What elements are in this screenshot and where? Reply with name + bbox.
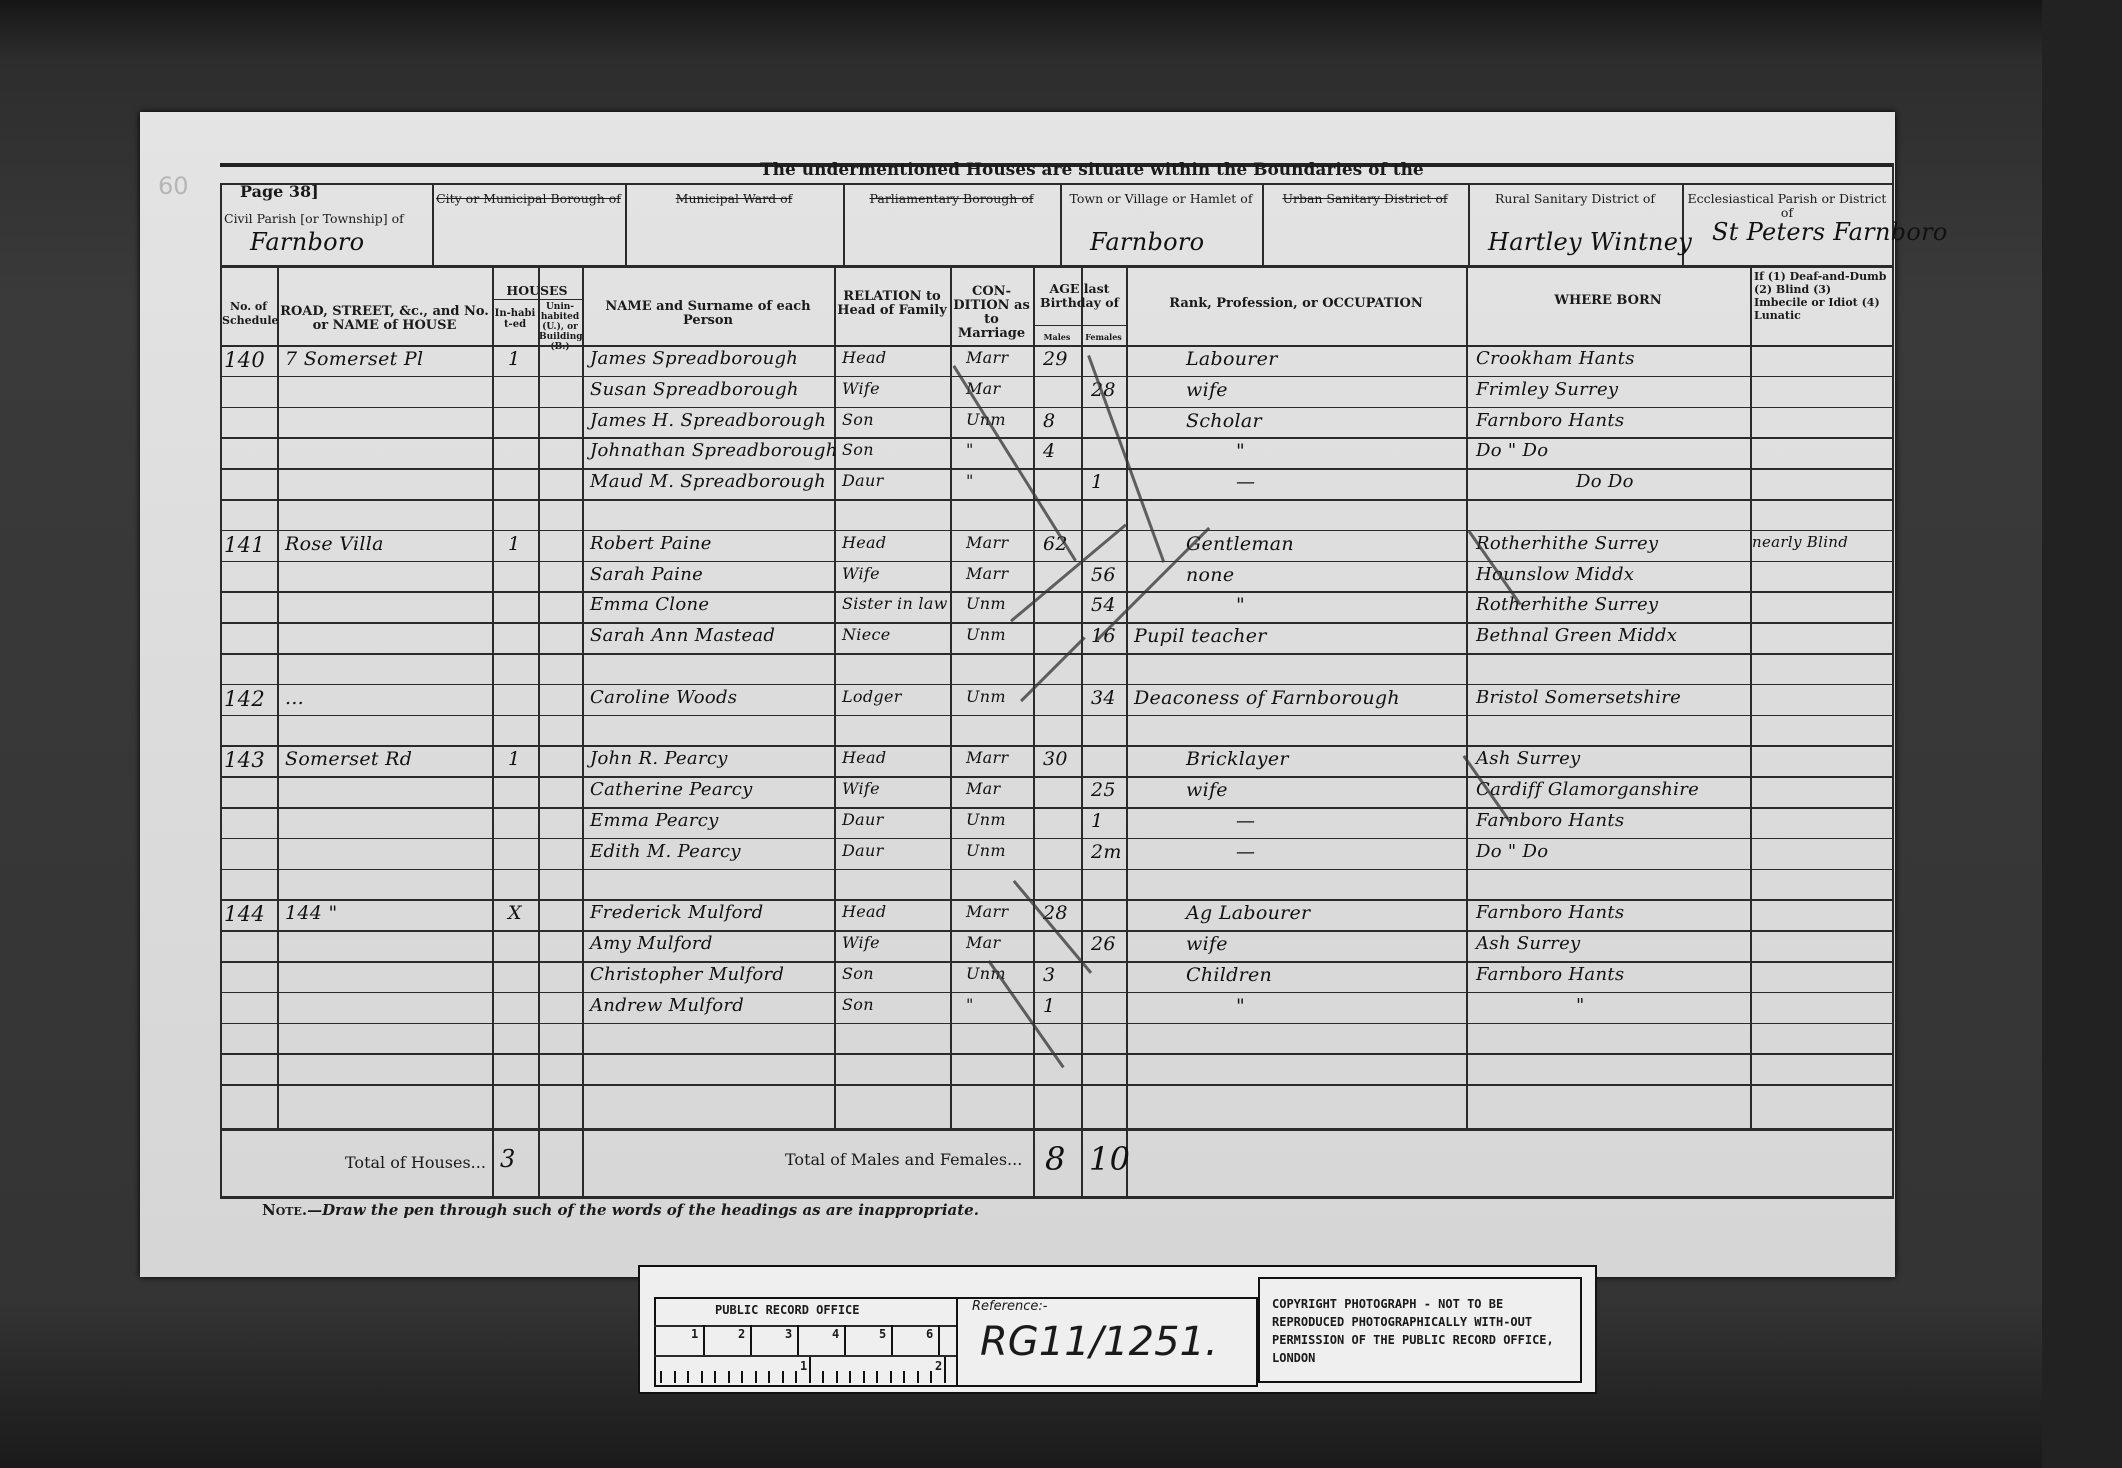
column-header-road: ROAD, STREET, &c., and No. or NAME of HO… xyxy=(279,305,490,333)
cell-occupation: none xyxy=(1186,564,1234,586)
cell-relation: Son xyxy=(842,440,874,459)
cell-condition: Mar xyxy=(966,933,1000,952)
cell-where-born: Do Do xyxy=(1576,471,1634,492)
boundary-label-5: Town or Village or Hamlet of xyxy=(1064,192,1258,206)
cell-occupation: " xyxy=(1236,440,1245,462)
ruler-tick xyxy=(891,1325,893,1355)
cell-where-born: Farnboro Hants xyxy=(1476,810,1624,831)
rule-line xyxy=(220,653,1892,655)
cell-relation: Wife xyxy=(842,564,880,583)
column-header-rel: RELATION to Head of Family xyxy=(836,290,948,318)
boundary-label-3: Municipal Ward of xyxy=(629,192,839,206)
rule-line xyxy=(1468,185,1470,265)
rule-line xyxy=(220,468,1892,470)
ruler-tick xyxy=(822,1371,824,1383)
cell-female-age: 56 xyxy=(1091,564,1116,586)
ruler-divider xyxy=(654,1325,956,1327)
ruler-tick xyxy=(660,1371,662,1383)
cell-where-born: Ash Surrey xyxy=(1476,933,1581,954)
boundary-value-7: Hartley Wintney xyxy=(1488,228,1692,256)
cell-male-age: 3 xyxy=(1043,964,1055,986)
boundary-value-8: St Peters Farnboro xyxy=(1712,218,1948,246)
cell-where-born: Rotherhithe Surrey xyxy=(1476,533,1658,554)
film-edge xyxy=(2042,0,2122,1468)
cell-infirmity: nearly Blind xyxy=(1752,533,1848,551)
cell-name: John R. Pearcy xyxy=(590,748,728,769)
boundary-label-8: Ecclesiastical Parish or District of xyxy=(1686,192,1888,220)
cell-name: Caroline Woods xyxy=(590,687,737,708)
ruler-tick xyxy=(795,1371,797,1383)
ruler-number: 6 xyxy=(926,1327,933,1341)
rule-line xyxy=(220,684,1892,686)
column-header-occ: Rank, Profession, or OCCUPATION xyxy=(1128,297,1464,311)
cell-female-age: 16 xyxy=(1091,625,1116,647)
rule-line xyxy=(220,265,1892,268)
cell-occupation: Pupil teacher xyxy=(1134,625,1267,647)
cell-occupation: " xyxy=(1236,995,1245,1017)
cell-female-age: 34 xyxy=(1091,687,1116,709)
rule-line xyxy=(220,376,1892,378)
cell-name: Johnathan Spreadborough xyxy=(590,440,838,461)
rule-line xyxy=(1033,1130,1035,1198)
rule-line xyxy=(220,807,1892,809)
rule-line xyxy=(950,267,952,1130)
rule-line xyxy=(220,183,1892,185)
cell-occupation: wife xyxy=(1186,379,1228,401)
ruler-tick xyxy=(768,1371,770,1383)
cell-condition: Marr xyxy=(966,748,1008,767)
cell-where-born: Ash Surrey xyxy=(1476,748,1581,769)
ruler-tick xyxy=(809,1357,811,1383)
rule-line xyxy=(582,267,584,1130)
rule-line xyxy=(492,267,494,1130)
cell-where-born: Rotherhithe Surrey xyxy=(1476,594,1658,615)
ruler-tick xyxy=(903,1371,905,1383)
cell-relation: Head xyxy=(842,902,886,921)
ruler-tick xyxy=(938,1325,940,1355)
ruler-tick xyxy=(741,1371,743,1383)
ruler-tick xyxy=(863,1371,865,1383)
rule-line xyxy=(220,1084,1892,1086)
cell-occupation: Labourer xyxy=(1186,348,1278,370)
column-header-females: Females xyxy=(1081,330,1126,344)
cell-where-born: " xyxy=(1576,995,1585,1016)
cell-road: 7 Somerset Pl xyxy=(285,348,423,370)
cell-where-born: Crookham Hants xyxy=(1476,348,1635,369)
rule-line xyxy=(492,1130,494,1198)
note-text: —Draw the pen through such of the words … xyxy=(307,1201,979,1219)
cell-name: Susan Spreadborough xyxy=(590,379,799,400)
rule-line xyxy=(843,185,845,265)
cell-inhabited: 1 xyxy=(508,748,520,770)
cell-relation: Daur xyxy=(842,471,884,490)
cell-male-age: 30 xyxy=(1043,748,1068,770)
ruler-tick xyxy=(750,1325,752,1355)
rule-line xyxy=(220,1023,1892,1025)
cell-relation: Head xyxy=(842,748,886,767)
rule-line xyxy=(1750,267,1752,1130)
column-header-males: Males xyxy=(1033,330,1081,344)
rule-line xyxy=(220,622,1892,624)
cell-relation: Head xyxy=(842,348,886,367)
reference-label: Reference:- xyxy=(972,1299,1047,1314)
cell-occupation: — xyxy=(1236,471,1255,493)
ruler-tick xyxy=(674,1371,676,1383)
cell-condition: Marr xyxy=(966,564,1008,583)
rule-line xyxy=(1081,267,1083,1130)
rule-line xyxy=(220,776,1892,778)
ruler-tick xyxy=(917,1371,919,1383)
total-houses-value: 3 xyxy=(500,1145,516,1173)
boundary-label-4: Parliamentary Borough of xyxy=(847,192,1056,206)
cell-occupation: wife xyxy=(1186,933,1228,955)
rule-line xyxy=(220,869,1892,871)
office-name: PUBLIC RECORD OFFICE xyxy=(715,1303,860,1317)
cell-male-age: 1 xyxy=(1043,995,1055,1017)
rule-line xyxy=(220,992,1892,994)
cell-road: 144 " xyxy=(285,902,338,924)
cell-condition: Unm xyxy=(966,687,1006,706)
cell-name: Sarah Ann Mastead xyxy=(590,625,775,646)
column-header-cond: CON-DITION as to Marriage xyxy=(952,285,1031,341)
cell-occupation: Deaconess of Farnborough xyxy=(1134,687,1400,709)
rule-line xyxy=(1126,267,1128,1130)
cell-road: Somerset Rd xyxy=(285,748,412,770)
cell-relation: Head xyxy=(842,533,886,552)
rule-line xyxy=(220,183,222,1199)
ruler-tick xyxy=(714,1371,716,1383)
rule-line xyxy=(582,1130,584,1198)
boundary-label-2: City or Municipal Borough of xyxy=(436,192,621,206)
ruler-tick xyxy=(844,1325,846,1355)
rule-line xyxy=(1892,163,1894,1199)
cell-relation: Daur xyxy=(842,810,884,829)
cell-name: James H. Spreadborough xyxy=(590,410,826,431)
rule-line xyxy=(220,961,1892,963)
cell-occupation: Scholar xyxy=(1186,410,1262,432)
cell-occupation: — xyxy=(1236,810,1255,832)
rule-line xyxy=(625,185,627,265)
ruler-tick xyxy=(876,1371,878,1383)
cell-occupation: — xyxy=(1236,841,1255,863)
cell-inhabited: 1 xyxy=(508,348,520,370)
cell-relation: Son xyxy=(842,410,874,429)
cell-condition: Marr xyxy=(966,902,1008,921)
column-header-sch: No. of Schedule xyxy=(222,300,275,328)
column-header-houses: HOUSES xyxy=(492,284,582,298)
cell-relation: Niece xyxy=(842,625,891,644)
rule-line xyxy=(220,345,1892,347)
cell-where-born: Cardiff Glamorganshire xyxy=(1476,779,1699,800)
cell-name: Andrew Mulford xyxy=(590,995,744,1016)
ruler-number: 3 xyxy=(785,1327,792,1341)
cell-name: Christopher Mulford xyxy=(590,964,784,985)
rule-line xyxy=(220,899,1892,901)
cell-name: Emma Pearcy xyxy=(590,810,719,831)
cell-name: Emma Clone xyxy=(590,594,709,615)
cell-condition: Unm xyxy=(966,841,1006,860)
cell-inhabited: X xyxy=(508,902,522,924)
cell-name: Amy Mulford xyxy=(590,933,713,954)
cell-male-age: 8 xyxy=(1043,410,1055,432)
cell-occupation: Ag Labourer xyxy=(1186,902,1310,924)
ruler-tick xyxy=(755,1371,757,1383)
rule-line xyxy=(220,745,1892,747)
ruler-tick xyxy=(944,1357,946,1383)
copyright-notice: COPYRIGHT PHOTOGRAPH - NOT TO BE REPRODU… xyxy=(1272,1295,1572,1367)
ruler-divider xyxy=(654,1355,956,1357)
rule-line xyxy=(277,267,279,1130)
rule-line xyxy=(220,437,1892,439)
rule-line xyxy=(538,267,540,1130)
footnote: Note.—Draw the pen through such of the w… xyxy=(262,1201,979,1219)
rule-line xyxy=(834,267,836,1130)
cell-relation: Wife xyxy=(842,933,880,952)
cell-where-born: Farnboro Hants xyxy=(1476,410,1624,431)
rule-line xyxy=(220,499,1892,501)
cell-condition: Unm xyxy=(966,594,1006,613)
cell-condition: " xyxy=(966,440,974,459)
cell-where-born: Frimley Surrey xyxy=(1476,379,1618,400)
rule-line xyxy=(220,838,1892,840)
boundary-label-7: Rural Sanitary District of xyxy=(1472,192,1678,206)
cell-schedule: 140 xyxy=(224,348,265,372)
total-females-value: 10 xyxy=(1089,1140,1130,1178)
boundary-value-5: Farnboro xyxy=(1090,228,1204,256)
rule-line xyxy=(220,1196,1892,1199)
margin-stamp: 60 xyxy=(158,172,189,200)
rule-line xyxy=(1081,1130,1083,1198)
cell-occupation: wife xyxy=(1186,779,1228,801)
total-males-value: 8 xyxy=(1045,1140,1066,1178)
rule-line xyxy=(220,591,1892,593)
ruler-number: 1 xyxy=(691,1327,698,1341)
cell-male-age: 4 xyxy=(1043,440,1055,462)
cell-inhabited: 1 xyxy=(508,533,520,555)
cell-condition: " xyxy=(966,471,974,490)
rule-line xyxy=(492,299,582,300)
rule-line xyxy=(1466,267,1468,1130)
cell-where-born: Do " Do xyxy=(1476,440,1548,461)
page-heading: The undermentioned Houses are situate wi… xyxy=(760,160,1424,180)
cell-female-age: 2m xyxy=(1091,841,1122,863)
cell-schedule: 141 xyxy=(224,533,265,557)
cell-occupation: " xyxy=(1236,594,1245,616)
ruler-tick xyxy=(687,1371,689,1383)
cell-relation: Son xyxy=(842,964,874,983)
rule-line xyxy=(432,185,434,265)
cell-condition: " xyxy=(966,995,974,1014)
record-office-label: PUBLIC RECORD OFFICE Reference:- RG11/12… xyxy=(638,1265,1597,1394)
cell-relation: Son xyxy=(842,995,874,1014)
rule-line xyxy=(1033,267,1035,1130)
rule-line xyxy=(220,715,1892,717)
cell-relation: Lodger xyxy=(842,687,902,706)
cell-where-born: Farnboro Hants xyxy=(1476,964,1624,985)
ruler-tick xyxy=(797,1325,799,1355)
ruler-tick xyxy=(703,1325,705,1355)
boundary-label-1: Civil Parish [or Township] of xyxy=(224,212,428,226)
cell-road: Rose Villa xyxy=(285,533,384,555)
ruler-number: 5 xyxy=(879,1327,886,1341)
cell-condition: Marr xyxy=(966,348,1008,367)
rule-line xyxy=(1033,325,1126,326)
ruler-tick xyxy=(930,1371,932,1383)
cell-female-age: 26 xyxy=(1091,933,1116,955)
cell-relation: Daur xyxy=(842,841,884,860)
cell-female-age: 54 xyxy=(1091,594,1116,616)
cell-name: Robert Paine xyxy=(590,533,712,554)
ruler-tick xyxy=(728,1371,730,1383)
cell-male-age: 29 xyxy=(1043,348,1068,370)
ruler-tick xyxy=(701,1371,703,1383)
note-prefix: Note. xyxy=(262,1201,307,1219)
cell-female-age: 1 xyxy=(1091,471,1103,493)
rule-line xyxy=(1262,185,1264,265)
cell-occupation: Bricklayer xyxy=(1186,748,1289,770)
rule-line xyxy=(1060,185,1062,265)
ruler-tick xyxy=(890,1371,892,1383)
reference-number: RG11/1251. xyxy=(980,1319,1218,1365)
cell-where-born: Bristol Somersetshire xyxy=(1476,687,1681,708)
cell-road: ... xyxy=(285,687,304,709)
cell-female-age: 1 xyxy=(1091,810,1103,832)
ruler-tick xyxy=(849,1371,851,1383)
ruler-tick xyxy=(836,1371,838,1383)
total-houses-label: Total of Houses... xyxy=(345,1153,486,1172)
cell-relation: Wife xyxy=(842,779,880,798)
cell-condition: Unm xyxy=(966,810,1006,829)
cell-name: James Spreadborough xyxy=(590,348,798,369)
ruler-tick xyxy=(782,1371,784,1383)
rule-line xyxy=(220,1128,1892,1131)
rule-line xyxy=(220,407,1892,409)
cell-name: Catherine Pearcy xyxy=(590,779,753,800)
cell-name: Maud M. Spreadborough xyxy=(590,471,826,492)
boundary-value-1: Farnboro xyxy=(250,228,364,256)
cell-relation: Wife xyxy=(842,379,880,398)
cell-where-born: Do " Do xyxy=(1476,841,1548,862)
cell-condition: Unm xyxy=(966,625,1006,644)
ruler-number: 4 xyxy=(832,1327,839,1341)
boundary-label-6: Urban Sanitary District of xyxy=(1266,192,1464,206)
cell-condition: Marr xyxy=(966,533,1008,552)
column-header-name: NAME and Surname of each Person xyxy=(584,300,832,328)
cell-condition: Mar xyxy=(966,779,1000,798)
cell-relation: Sister in law xyxy=(842,594,948,613)
total-persons-label: Total of Males and Females... xyxy=(785,1150,1022,1169)
cell-female-age: 25 xyxy=(1091,779,1116,801)
ruler-number: 2 xyxy=(738,1327,745,1341)
cell-occupation: Children xyxy=(1186,964,1272,986)
cell-schedule: 143 xyxy=(224,748,265,772)
column-header-infirmity: If (1) Deaf-and-Dumb (2) Blind (3) Imbec… xyxy=(1754,270,1888,322)
cell-name: Frederick Mulford xyxy=(590,902,764,923)
cell-name: Sarah Paine xyxy=(590,564,703,585)
cell-name: Edith M. Pearcy xyxy=(590,841,741,862)
rule-line xyxy=(538,1130,540,1198)
cell-where-born: Bethnal Green Middx xyxy=(1476,625,1677,646)
rule-line xyxy=(220,561,1892,563)
cell-schedule: 144 xyxy=(224,902,265,926)
ruler-number: 1 xyxy=(800,1359,807,1373)
column-header-age: AGE last Birthday of xyxy=(1035,282,1124,310)
column-header-inhabited: In-habit-ed xyxy=(494,308,536,330)
column-header-born: WHERE BORN xyxy=(1468,294,1748,308)
ruler-number: 2 xyxy=(935,1359,942,1373)
cell-where-born: Farnboro Hants xyxy=(1476,902,1624,923)
cell-schedule: 142 xyxy=(224,687,265,711)
